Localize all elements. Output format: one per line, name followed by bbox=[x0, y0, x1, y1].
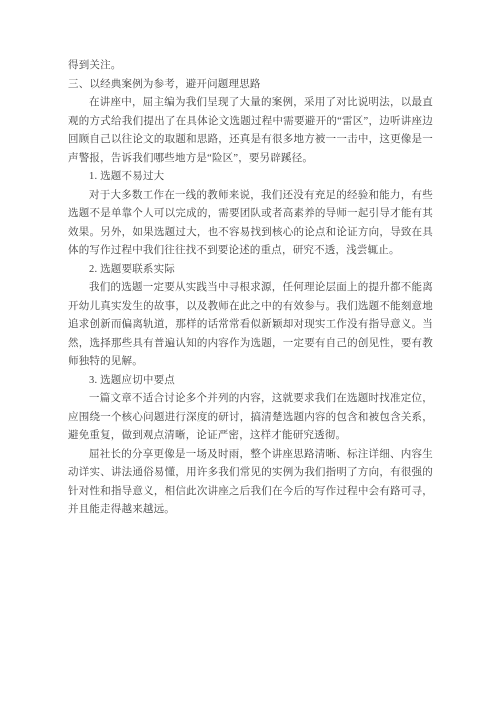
continuation-line: 得到关注。 bbox=[68, 57, 433, 76]
document-page: 得到关注。 三、以经典案例为参考，避开问题理思路 在讲座中，屈主编为我们呈现了大… bbox=[0, 0, 500, 707]
paragraph: 对于大多数工作在一线的教师来说，我们还没有充足的经验和能力，有些选题不是单靠个人… bbox=[68, 187, 433, 261]
subheading-1: 1. 选题不易过大 bbox=[68, 168, 433, 187]
document-text-block: 得到关注。 三、以经典案例为参考，避开问题理思路 在讲座中，屈主编为我们呈现了大… bbox=[68, 57, 433, 520]
section-heading: 三、以经典案例为参考，避开问题理思路 bbox=[68, 76, 433, 95]
paragraph: 屈社长的分享更像是一场及时雨，整个讲座思路清晰、标注详细、内容生动详实、讲法通俗… bbox=[68, 446, 433, 520]
subheading-2: 2. 选题要联系实际 bbox=[68, 261, 433, 280]
paragraph: 我们的选题一定要从实践当中寻根求源，任何理论层面上的提升都不能离开幼儿真实发生的… bbox=[68, 279, 433, 372]
paragraph: 在讲座中，屈主编为我们呈现了大量的案例，采用了对比说明法，以最直观的方式给我们提… bbox=[68, 94, 433, 168]
subheading-3: 3. 选题应切中要点 bbox=[68, 372, 433, 391]
paragraph: 一篇文章不适合讨论多个并列的内容，这就要求我们在选题时找准定位，应围绕一个核心问… bbox=[68, 390, 433, 446]
